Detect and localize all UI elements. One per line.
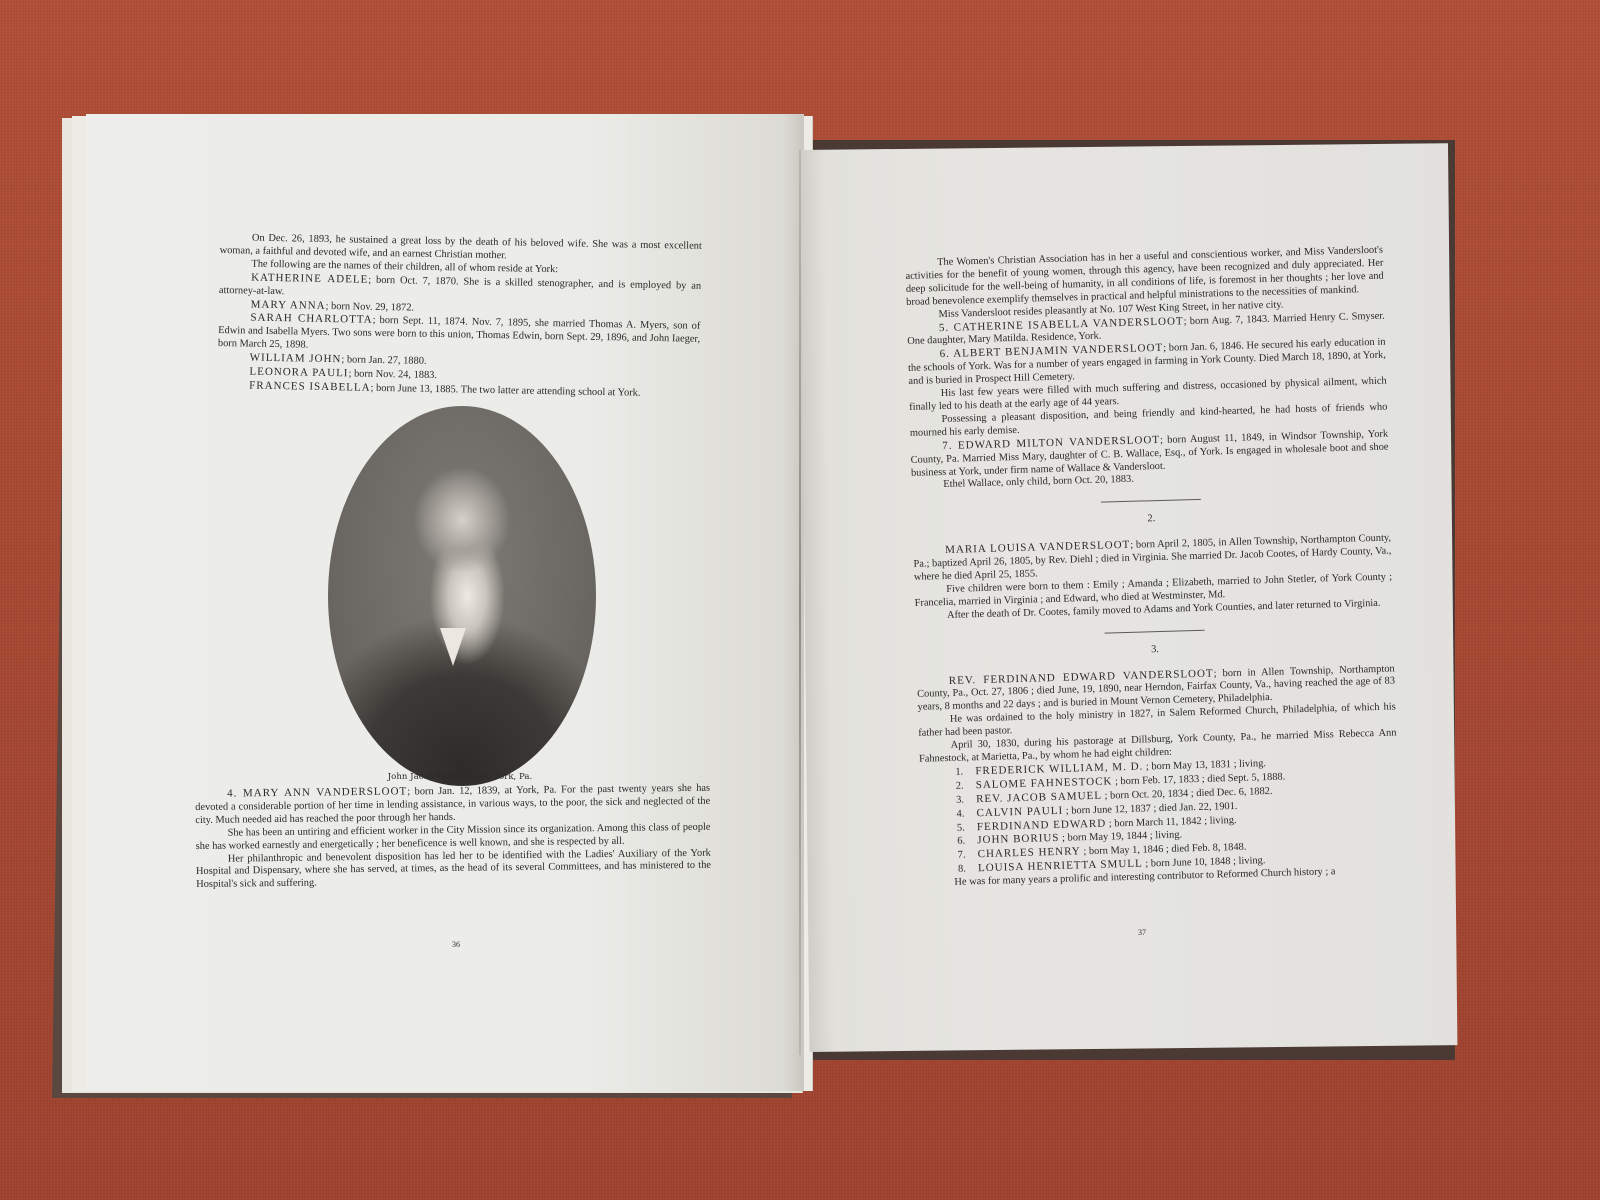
paragraph: 4. MARY ANN VANDERSLOOT; born Jan. 12, 1…	[195, 782, 710, 828]
right-page-text: The Women's Christian Association has in…	[905, 245, 1400, 891]
paragraph: Her philanthropic and benevolent disposi…	[196, 847, 711, 892]
child-name: KATHERINE ADELE	[251, 271, 368, 285]
part-number: 3.	[916, 637, 1394, 663]
page-number-left: 36	[452, 940, 460, 949]
collar	[440, 628, 466, 666]
portrait-caption: John Jacob Vandersloot, York, Pa.	[380, 772, 540, 782]
child-name: WILLIAM JOHN	[250, 352, 342, 366]
left-page-section-4: 4. MARY ANN VANDERSLOOT; born Jan. 12, 1…	[195, 782, 711, 893]
left-page-text: On Dec. 26, 1893, he sustained a great l…	[217, 232, 702, 402]
page-number-right: 37	[1138, 928, 1146, 937]
child-name: MARY ANNA	[251, 298, 326, 311]
child-name: SARAH CHARLOTTA	[250, 312, 372, 326]
section-divider	[1105, 629, 1205, 633]
section-heading: 4. MARY ANN VANDERSLOOT	[227, 785, 407, 799]
section-divider	[1101, 499, 1201, 503]
child-name: FRANCES ISABELLA	[249, 380, 371, 394]
book-spine	[799, 150, 801, 1055]
child-name: LEONORA PAULI	[249, 366, 348, 380]
portrait-photo	[328, 406, 596, 786]
part-number: 2.	[912, 507, 1390, 533]
